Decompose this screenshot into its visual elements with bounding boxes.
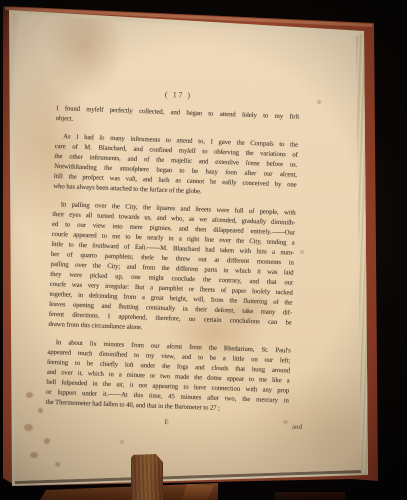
foxing-spot: [317, 100, 321, 104]
catchword: and: [292, 423, 302, 433]
foxing-spot: [300, 250, 304, 254]
page-number: ( 17 ): [57, 86, 300, 105]
foxing-spot: [26, 392, 33, 398]
foxing-spot: [55, 462, 60, 467]
paragraph: I found myſelf perfectly collected, and …: [56, 104, 300, 133]
foxing-spot: [38, 408, 43, 413]
paragraph: As I had ſo many inſtruments to attend t…: [53, 132, 298, 201]
page-text: ( 17 ) I found myſelf perfectly collecte…: [45, 86, 300, 432]
foxing-spot: [120, 440, 124, 444]
stand-base-shadow: [275, 492, 345, 500]
stand-post: [131, 454, 163, 500]
foxing-spot: [44, 438, 50, 444]
foxing-spot: [24, 424, 33, 431]
signature-line: E and: [45, 414, 288, 433]
page-paragraphs: I found myſelf perfectly collected, and …: [45, 104, 299, 416]
paragraph: In paſſing over the City, the ſquares an…: [48, 200, 295, 339]
paragraph: In about ſix minutes from our aſcent fro…: [45, 338, 290, 417]
book-photograph: ( 17 ) I found myſelf perfectly collecte…: [0, 0, 407, 500]
foxing-spot: [30, 452, 38, 458]
signature-mark: E: [45, 414, 288, 433]
book-page: ( 17 ) I found myſelf perfectly collecte…: [0, 0, 407, 500]
